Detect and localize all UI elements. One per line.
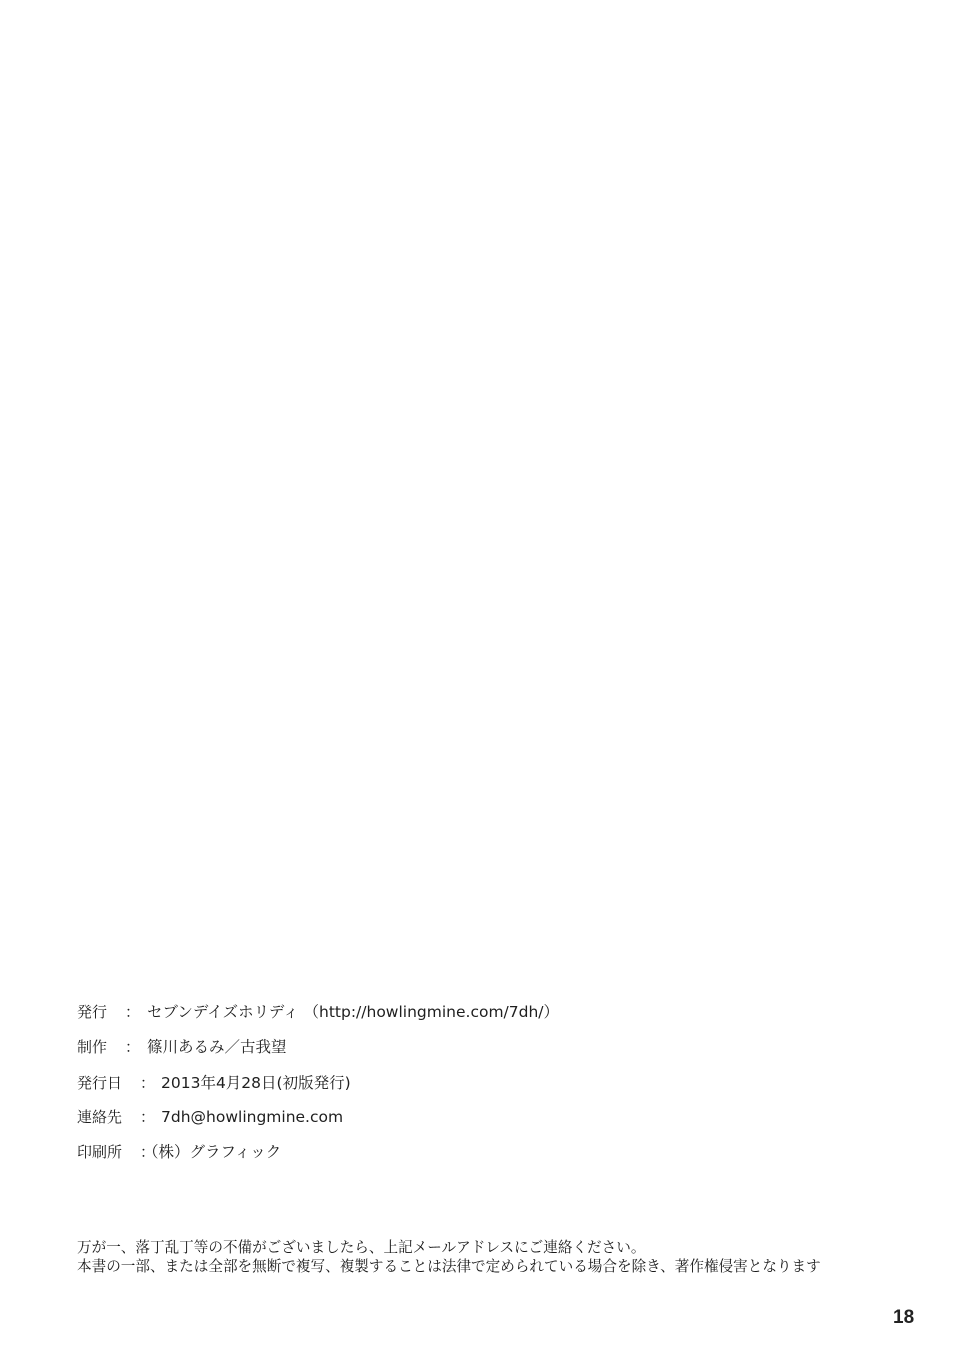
separator-colon: ： [125, 1034, 140, 1060]
contact-value: 7dh@howlingmine.com [161, 1104, 343, 1130]
printer-value: （株）グラフィック [143, 1139, 281, 1165]
production-value: 篠川あるみ／古我望 [147, 1034, 287, 1060]
separator-colon: ： [125, 999, 140, 1025]
publisher-value: セブンデイズホリディ （http://howlingmine.com/7dh/） [147, 999, 559, 1025]
printer-label: 印刷所 [77, 1139, 122, 1165]
production-label: 制作 [77, 1034, 107, 1060]
notice-line-defects: 万が一、落丁乱丁等の不備がございましたら、上記メールアドレスにご連絡ください。 [77, 1238, 821, 1257]
legal-notice: 万が一、落丁乱丁等の不備がございましたら、上記メールアドレスにご連絡ください。 … [77, 1238, 821, 1276]
contact-label: 連絡先 [77, 1104, 122, 1130]
separator-colon: ： [140, 1104, 155, 1130]
issue-date-label: 発行日 [77, 1070, 122, 1096]
issue-date-value: 2013年4月28日(初版発行) [161, 1070, 351, 1096]
page-number: 18 [893, 1307, 914, 1329]
notice-line-copyright: 本書の一部、または全部を無断で複写、複製することは法律で定められている場合を除き… [77, 1257, 821, 1276]
publisher-label: 発行 [77, 999, 107, 1025]
separator-colon: ： [140, 1070, 155, 1096]
